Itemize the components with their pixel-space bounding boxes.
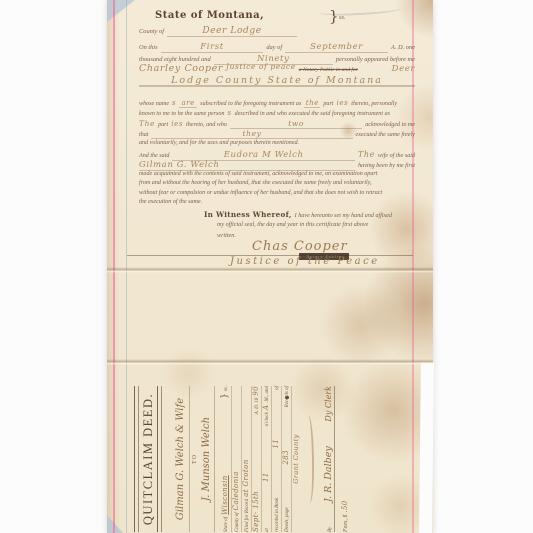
p2-print: known to me to be the same person xyxy=(139,111,224,118)
date-row: Sept- 15th A. D. 1890 xyxy=(252,386,262,532)
filed-label: Filed for Record xyxy=(245,499,250,532)
ss-label: ss. xyxy=(339,15,346,22)
by-label: By xyxy=(328,527,333,532)
pen-flourish xyxy=(303,415,315,503)
ack-para-3: The parties thereto, and who two acknowl… xyxy=(139,120,415,129)
ad-label: A. D. 18 xyxy=(255,398,260,415)
deer-fill: Deer xyxy=(392,65,415,74)
date-fill: Sept- 15th xyxy=(253,416,260,532)
deeds-label: Deeds, page xyxy=(285,507,290,532)
day-of-label: day of xyxy=(266,44,282,51)
county-row: County of Caledonia xyxy=(232,386,242,532)
wit3-print: written. xyxy=(217,233,236,240)
and-the-said-label: And the said xyxy=(139,153,169,160)
p1-part: part xyxy=(323,101,333,108)
p4-that: that xyxy=(139,132,148,139)
day-number-fill: First xyxy=(161,43,264,53)
filed-row: Filed for Record at Groton xyxy=(242,386,252,532)
fees-label: Fees, $ xyxy=(343,515,349,532)
wife-of-said-label: wife of the said xyxy=(378,153,415,160)
records-fill: Grant County xyxy=(293,434,300,483)
in-witness-whereof-label: In Witness Whereof, xyxy=(204,211,292,219)
deed-paper: State of Montana, } ss. County of Deer L… xyxy=(107,0,433,533)
ack-para-5: and voluntarily, and for the uses and pu… xyxy=(139,140,415,147)
clerk-signature: J. R. Dalbey xyxy=(324,424,334,525)
husband-name-fill: Gilman G. Welch xyxy=(139,161,355,171)
wit2-print: my official seal, the day and year in th… xyxy=(217,222,368,229)
p4-print: executed the same freely xyxy=(356,132,416,139)
page-corner-wedge-bottom xyxy=(107,515,123,533)
notary-name-fill: Charley Cooper xyxy=(139,64,223,74)
wife-line-2: Gilman G. Welch having been by me first xyxy=(139,161,415,171)
year-fill: 90 xyxy=(253,386,260,396)
ad-one-label: A. D. one xyxy=(391,44,415,51)
ack-para-2: known to me to be the same persons descr… xyxy=(139,110,415,118)
panel-ss-label: ss. xyxy=(224,386,229,391)
book-row: recorded in Book 11 of xyxy=(272,386,282,532)
panel-county-fill: Caledonia xyxy=(233,386,240,510)
page-fill: 283 xyxy=(283,409,290,505)
witness-line-2: my official seal, the day and year in th… xyxy=(217,222,417,229)
ack-line-1: On this First day of September A. D. one xyxy=(139,43,415,53)
page-row: Deeds, page 283 Records of xyxy=(282,386,292,532)
county-fill: Deer Lodge xyxy=(167,27,297,37)
state-heading: State of Montana, xyxy=(155,11,264,21)
on-this-label: On this xyxy=(139,44,158,51)
p2-s-fill: s xyxy=(227,110,231,117)
grantor-name: Gilman G. Welch & Wife xyxy=(174,386,190,532)
month-fill: September xyxy=(285,43,388,53)
justice-of-peace-fill: Justice of peace xyxy=(226,63,296,71)
p5-print: and voluntarily, and for the uses and pu… xyxy=(139,140,299,147)
blank-rule xyxy=(139,85,415,86)
p1-are-fill: are xyxy=(179,100,197,108)
oclock-label: o'clock xyxy=(265,412,270,426)
fees-row: Fees, $ .50 xyxy=(341,386,350,532)
time-fill: 11 xyxy=(263,428,270,526)
p1-ies-fill: ies xyxy=(337,100,349,107)
p3-the-fill: The xyxy=(139,120,155,128)
notary-signature: Chas Cooper xyxy=(252,240,348,253)
p1-s-fill: s xyxy=(172,100,176,107)
grantee-name: J. Munson Welch xyxy=(200,386,216,532)
panel-ss-brace: } xyxy=(221,393,230,399)
m-label: .M., and xyxy=(265,386,270,403)
title-bottom-rule xyxy=(157,386,162,532)
filed-fill: at Groton xyxy=(243,386,250,497)
p1-the-fill: the xyxy=(304,100,320,108)
p1-print: whose name xyxy=(139,101,169,108)
w3-print: made acquainted with the contents of sai… xyxy=(139,171,377,178)
witness-line-1: In Witness Whereof, I have hereunto set … xyxy=(204,211,416,220)
state-fill: Wisconsin xyxy=(222,401,229,515)
thousand-label: thousand eight hundred and xyxy=(139,56,211,63)
appeared-label: personally appeared before me xyxy=(336,56,415,63)
wit1-print: I have hereunto set my hand and affixed xyxy=(295,213,392,220)
wife-para-3: without fear or compulsion or undue infl… xyxy=(139,190,415,197)
rotated-endorsement: QUITCLAIM DEED. Gilman G. Welch & Wife T… xyxy=(134,386,352,532)
ampm-fill: A xyxy=(263,405,270,410)
p3-print2: acknowledged to me xyxy=(365,122,415,129)
records-of-row: Grant County xyxy=(292,386,301,532)
paper-edge-cut xyxy=(419,362,434,533)
fold-crease-lower xyxy=(107,359,433,365)
ack-line-3: Charley Cooper Justice of peace a Notary… xyxy=(139,64,415,74)
p2-print2: described in and who executed the said f… xyxy=(235,111,390,118)
wife-para-2: from and without the hearing of her husb… xyxy=(139,180,415,187)
p3-print: thereto, and who xyxy=(186,122,227,129)
ack-para-4: that they executed the same freely xyxy=(139,130,415,139)
fees-fill: .50 xyxy=(342,500,349,512)
scanned-document-canvas: State of Montana, } ss. County of Deer L… xyxy=(0,0,533,533)
wife-para-4: the execution of the same. xyxy=(139,199,415,206)
at-label: at xyxy=(265,528,270,532)
wife-para-1: made acquainted with the contents of sai… xyxy=(139,171,415,178)
p3-part: part xyxy=(158,122,168,129)
fold-crease-upper xyxy=(107,267,433,273)
ss-brace: } xyxy=(329,9,339,24)
w5-print: without fear or compulsion or undue infl… xyxy=(139,190,382,197)
county-label: County of xyxy=(139,28,164,35)
to-label: TO xyxy=(190,386,200,532)
having-been-label: having been by me first xyxy=(358,163,415,170)
page-corner-wedge-top xyxy=(107,0,135,22)
signature-title: Justice of the Peace xyxy=(230,257,380,267)
p4-they-fill: they xyxy=(151,130,352,139)
state-row: State of Wisconsin } ss. xyxy=(220,386,232,532)
the-fill: The xyxy=(358,151,375,159)
book-fill: 11 xyxy=(273,392,280,496)
clerk-title: Dy Clerk xyxy=(325,386,333,422)
ack-para-1: whose names are subscribed to the forego… xyxy=(139,100,415,108)
panel-county-label: County of xyxy=(235,512,240,532)
p1-print2: subscribed to the foregoing instrument a… xyxy=(200,101,301,108)
deed-title: QUITCLAIM DEED. xyxy=(139,386,157,532)
w4-print: from and without the hearing of her husb… xyxy=(139,180,372,187)
state-label: State of xyxy=(224,517,229,532)
clerk-row: By J. R. Dalbey Dy Clerk xyxy=(323,386,336,532)
w6-print: the execution of the same. xyxy=(139,199,202,206)
deed-back-panel: QUITCLAIM DEED. Gilman G. Welch & Wife T… xyxy=(134,386,352,532)
county-line: County of Deer Lodge xyxy=(139,27,415,37)
recorded-label: recorded in Book xyxy=(275,498,280,532)
p1-print3: thereto, personally xyxy=(351,101,397,108)
notary-public-printed: a Notary Public in and for xyxy=(299,67,389,73)
of-label: of xyxy=(275,386,280,390)
p3-ies-fill: ies xyxy=(171,121,183,128)
p3-two-fill: two xyxy=(230,120,362,129)
records-label: Records of xyxy=(285,386,290,407)
time-row: at 11 o'clock A.M., and xyxy=(262,386,272,532)
